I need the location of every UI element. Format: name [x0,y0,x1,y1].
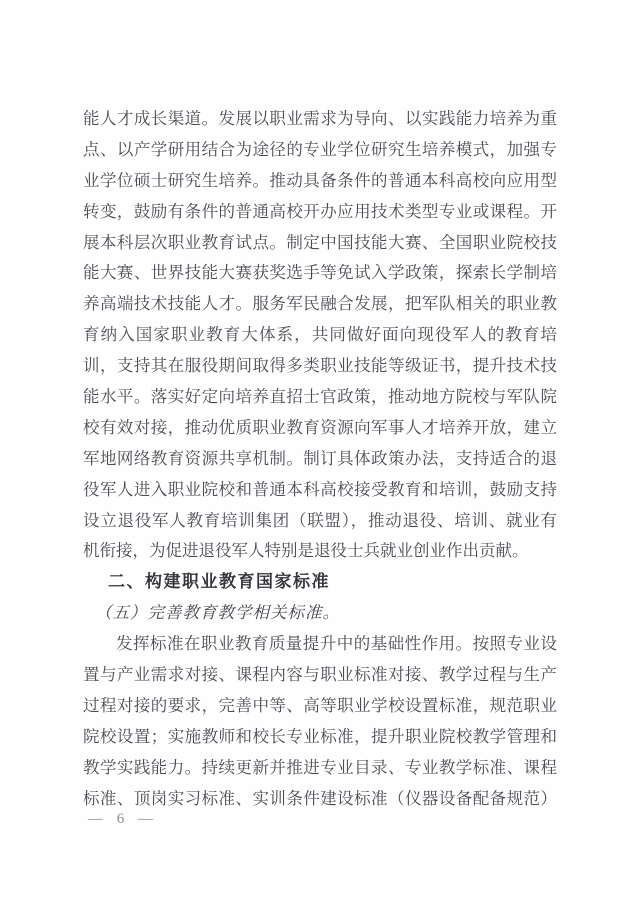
text-line: 军地网络教育资源共享机制。制订具体政策办法，支持适合的退 [83,444,557,475]
text-line: 院校设置；实施教师和校长专业标准，提升职业院校教学管理和 [83,722,557,753]
paragraph-standards: 发挥标准在职业教育质量提升中的基础性作用。按照专业设置与产业需求对接、课程内容与… [83,629,557,814]
text-line: 能大赛、世界技能大赛获奖选手等免试入学政策，探索长学制培 [83,258,557,289]
document-body: 能人才成长渠道。发展以职业需求为导向、以实践能力培养为重点、以产学研用结合为途径… [83,104,557,814]
text-line: 发挥标准在职业教育质量提升中的基础性作用。按照专业设 [83,629,557,660]
text-line: 训，支持其在服役期间取得多类职业技能等级证书，提升技术技 [83,351,557,382]
text-line: 育纳入国家职业教育大体系，共同做好面向现役军人的教育培 [83,320,557,351]
subsection-heading: （五）完善教育教学相关标准。 [83,598,557,629]
text-line: 过程对接的要求，完善中等、高等职业学校设置标准，规范职业 [83,691,557,722]
text-line: 役军人进入职业院校和普通本科高校接受教育和培训，鼓励支持 [83,475,557,506]
text-line: 能人才成长渠道。发展以职业需求为导向、以实践能力培养为重 [83,104,557,135]
page-number: — 6 — [88,811,158,828]
text-line: 教学实践能力。持续更新并推进专业目录、专业教学标准、课程 [83,753,557,784]
section-heading: 二、构建职业教育国家标准 [83,567,557,598]
text-line: 能水平。落实好定向培养直招士官政策，推动地方院校与军队院 [83,382,557,413]
text-line: 养高端技术技能人才。服务军民融合发展，把军队相关的职业教 [83,289,557,320]
text-line: 标准、顶岗实习标准、实训条件建设标准（仪器设备配备规范） [83,784,557,815]
text-line: 校有效对接，推动优质职业教育资源向军事人才培养开放，建立 [83,413,557,444]
text-line: 展本科层次职业教育试点。制定中国技能大赛、全国职业院校技 [83,228,557,259]
text-line: 业学位硕士研究生培养。推动具备条件的普通本科高校向应用型 [83,166,557,197]
text-line: 机衔接，为促进退役军人特别是退役士兵就业创业作出贡献。 [83,536,557,567]
text-line: 转变，鼓励有条件的普通高校开办应用技术类型专业或课程。开 [83,197,557,228]
document-page: 能人才成长渠道。发展以职业需求为导向、以实践能力培养为重点、以产学研用结合为途径… [0,0,640,909]
paragraph-continued-from-previous-page: 能人才成长渠道。发展以职业需求为导向、以实践能力培养为重点、以产学研用结合为途径… [83,104,557,567]
text-line: 设立退役军人教育培训集团（联盟），推动退役、培训、就业有 [83,506,557,537]
text-line: 置与产业需求对接、课程内容与职业标准对接、教学过程与生产 [83,660,557,691]
text-line: 点、以产学研用结合为途径的专业学位研究生培养模式，加强专 [83,135,557,166]
